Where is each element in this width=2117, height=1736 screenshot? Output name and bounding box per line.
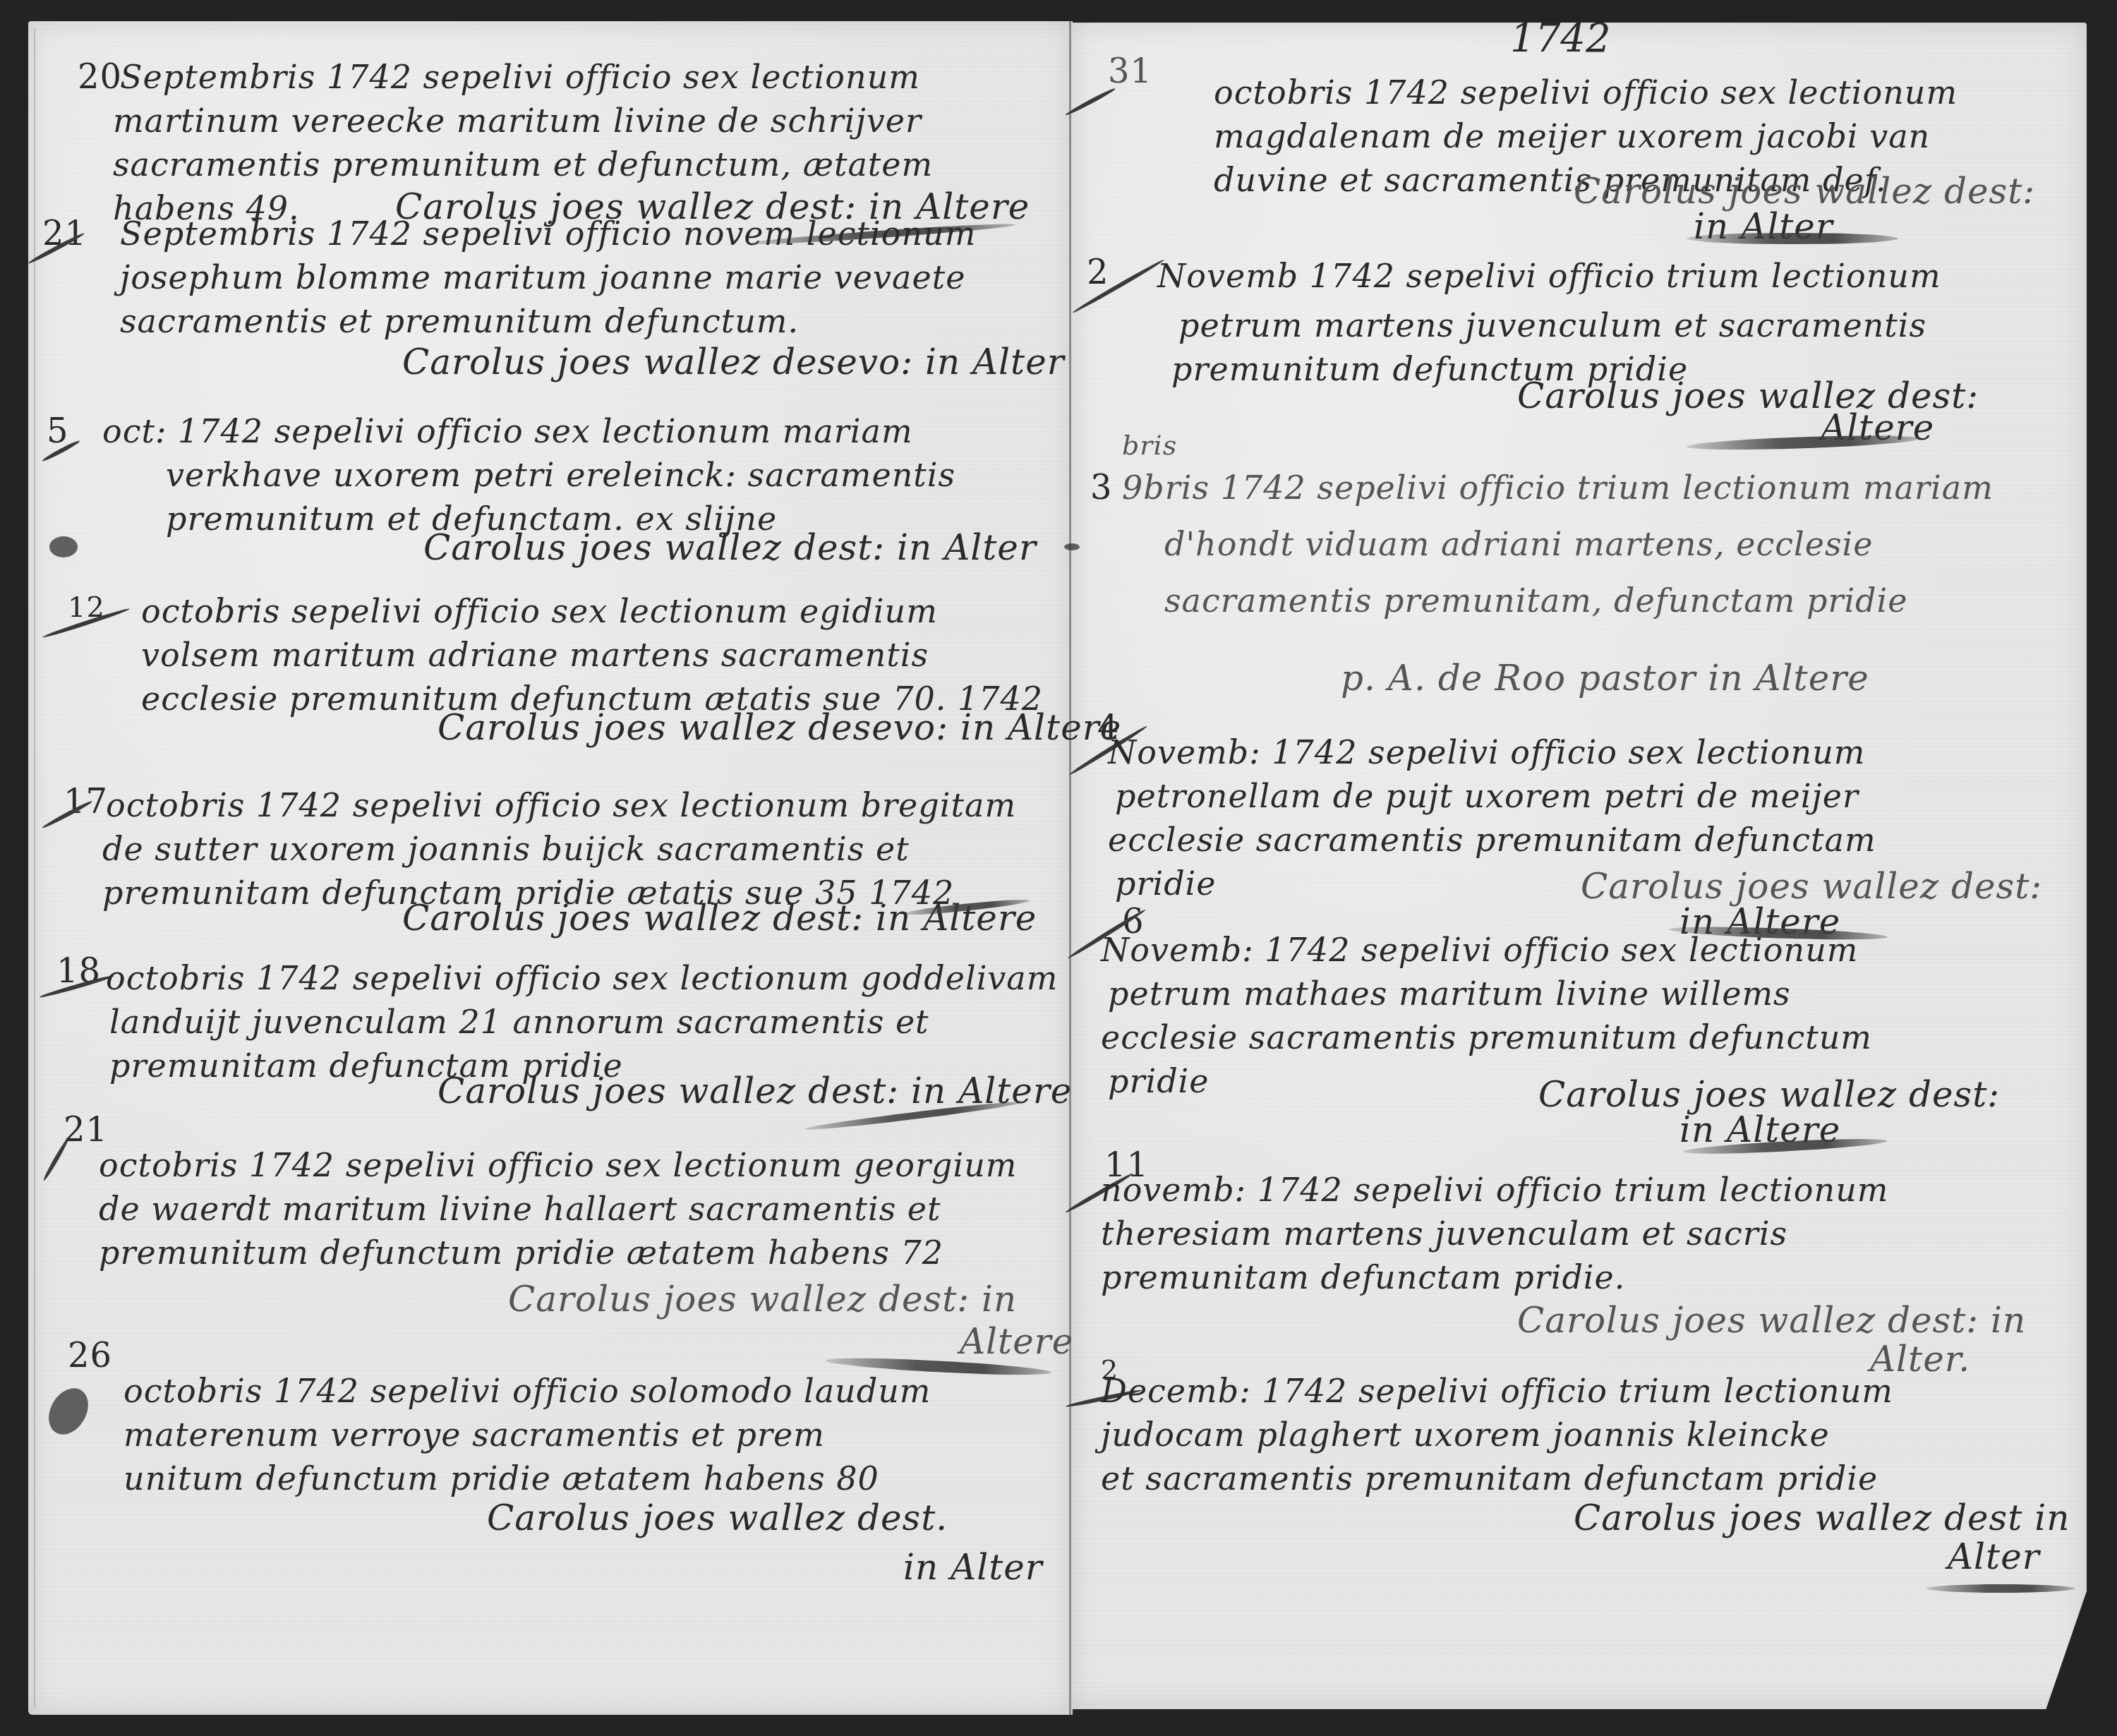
entry-text: Decemb: 1742 sepelivi officio trium lect… [1101, 1369, 1893, 1500]
separator-stroke [1687, 233, 1898, 244]
entry-signature: Carolus joes wallez desevo: in Altere [438, 706, 1121, 749]
entry-signature: p. A. de Roo pastor in Altere [1341, 656, 1869, 700]
entry-text: octobris 1742 sepelivi officio sex lecti… [99, 1143, 1017, 1274]
entry-day: 2 [1087, 251, 1109, 294]
entry-day: 17 [64, 780, 108, 824]
entry-text: 9bris 1742 sepelivi officio trium lectio… [1122, 466, 1994, 622]
entry-signature: Carolus joes wallez dest. [487, 1496, 948, 1540]
ink-blot [49, 536, 78, 557]
entry-text: Septembris 1742 sepelivi officio novem l… [120, 212, 976, 343]
entry-superscript: bris [1122, 423, 1177, 467]
entry-text: octobris 1742 sepelivi officio solomodo … [123, 1369, 931, 1500]
page-binding [1069, 21, 1071, 1715]
entry-text: octobris 1742 sepelivi officio sex lecti… [106, 956, 1058, 1087]
ink-blot [1064, 543, 1080, 550]
entry-signature-place: in Alter [903, 1545, 1043, 1589]
entry-signature-place: Altere [960, 1320, 1073, 1363]
entry-signature: Carolus joes wallez desevo: in Alter [402, 340, 1065, 384]
entry-day: 3 [1090, 466, 1113, 510]
entry-signature: Carolus joes wallez dest: in Altere [402, 896, 1037, 940]
entry-text: octobris sepelivi officio sex lectionum … [141, 589, 1043, 721]
entry-day: 31 [1108, 49, 1152, 93]
entry-signature: Carolus joes wallez dest: in [508, 1277, 1017, 1321]
page-header-year: 1742 [1510, 16, 1611, 61]
separator-stroke [1926, 1584, 2075, 1593]
entry-text: Novemb 1742 sepelivi officio trium lecti… [1157, 254, 1941, 391]
entry-text: octobris 1742 sepelivi officio sex lecti… [106, 783, 1016, 915]
entry-signature: Carolus joes wallez dest in [1574, 1496, 2070, 1540]
entry-text: oct: 1742 sepelivi officio sex lectionum… [102, 409, 955, 541]
entry-signature: Carolus joes wallez dest: in [1517, 1298, 2026, 1342]
entry-signature-place: Alter [1948, 1535, 2040, 1579]
entry-signature: Carolus joes wallez dest: in Alter [423, 526, 1037, 569]
entry-day: 20 [78, 55, 122, 99]
entry-day: 26 [68, 1334, 112, 1378]
entry-text: novemb: 1742 sepelivi officio trium lect… [1101, 1168, 1888, 1299]
page-edge [34, 28, 35, 1708]
